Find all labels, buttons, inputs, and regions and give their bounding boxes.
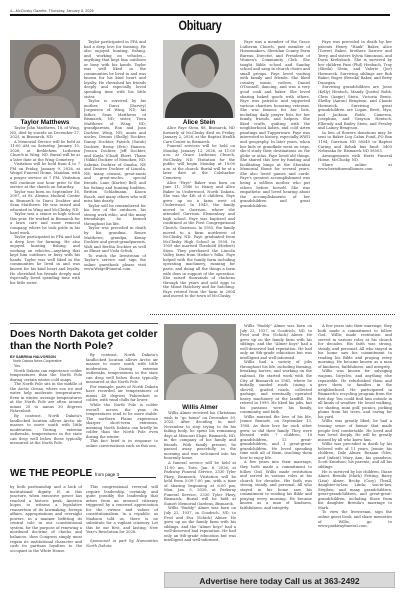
obituary-body: Taylor John Matthews, 18, of Wing, ND, d…	[10, 126, 80, 302]
portrait-photo-icon	[182, 332, 218, 374]
paragraph: Taylor was born on September 16, 2007, a…	[10, 190, 80, 213]
paragraph: In lieu of flowers donations may be sent…	[318, 131, 392, 154]
feature-body: Yes. North Dakota can experience colder …	[10, 364, 82, 460]
paragraph: The North Pole sits in the middle of the…	[10, 382, 82, 414]
paragraph: Taylor is survived by his mother, Darci …	[84, 99, 146, 204]
blouse-shape	[165, 92, 233, 118]
dotted-separator	[150, 314, 395, 316]
paragraph: Taylor John Matthews, 18, of Wing, ND, d…	[10, 126, 80, 140]
paragraph: Willis married the love of his life, Jen…	[240, 415, 312, 460]
paragraph: Willis was greatly liked; he had a teasi…	[318, 419, 392, 442]
paragraph: Funeral services will be held on Monday,…	[163, 144, 235, 180]
paragraph: By contrast, North Dakota's landlocked l…	[10, 414, 82, 446]
paragraph: Alice Faye Stein, 88, Bismarck, ND forme…	[163, 126, 235, 144]
obituary-body-cont: Faye was a member of the Grace Lutheran …	[240, 40, 310, 310]
paragraph: Willis was known for salvaging wagons, b…	[318, 369, 392, 419]
paragraph: by both partisanship and a lack of insti…	[10, 485, 82, 553]
feature-headline: Does North Dakota get colder than the No…	[10, 329, 160, 352]
sponsor-line: Sponsored in part by Humanities North Da…	[86, 539, 158, 548]
feature-body-cont: By contrast, North Dakota's landlocked l…	[86, 353, 158, 460]
paragraph: Taylor was preceded in death by his gran…	[84, 226, 146, 253]
paragraph: He is survived by his children, Diane Al…	[318, 470, 392, 511]
section-rule	[10, 323, 158, 324]
paragraph: Taylor participated in FFA and had a dee…	[84, 40, 146, 99]
obituary-body-cont: A few years into their marriage, they bo…	[318, 324, 392, 561]
paragraph: This fact brief is in response to online…	[86, 439, 158, 448]
paragraph: Faye was a member of the Grace Lutheran …	[240, 40, 310, 208]
shirt-shape	[14, 96, 76, 118]
jump-rule	[118, 477, 156, 478]
section-title: Obituary	[44, 17, 356, 33]
obituary-body: Willis Almer received his Christmas wish…	[164, 411, 236, 561]
obituary-body-cont: Taylor participated in FFA and had a dee…	[84, 40, 146, 304]
paragraph: For example, parts of North Dakota have …	[86, 385, 158, 403]
taylor-matthews-photo	[10, 40, 80, 118]
paragraph: Willis Almer received his Christmas wish…	[164, 411, 236, 461]
paragraph: Willis "Buddy" Almer was born on July 22…	[164, 506, 236, 542]
paragraph: A Memorial Service will be held at 11:00…	[10, 140, 80, 163]
paragraph: Visitation will be held from 4 to 7 PM o…	[10, 162, 80, 189]
paragraph: Taylor was a senior in high school this …	[10, 212, 80, 235]
paragraph: To view the livestream, sign the online …	[318, 510, 392, 528]
paragraph: A funeral service will be held at 11:00 …	[164, 461, 236, 506]
paragraph: Willis had a variety of jobs throughout …	[240, 360, 312, 415]
continuation-body: by both partisanship and a lack of insti…	[10, 485, 82, 585]
paragraph: Taylor will be remembered for his love o…	[84, 204, 146, 227]
byline-org: North Dakota News Cooperative	[13, 359, 62, 363]
paragraph: North Dakota can experience colder tempe…	[10, 369, 82, 383]
alice-stein-photo	[163, 40, 235, 118]
paragraph: Willis was preceded in death by his belo…	[318, 442, 392, 469]
obituary-body-cont: Willis "Buddy" Almer was born on July 22…	[240, 324, 312, 561]
paragraph: Share online at www.hertzfuneralhomes.co…	[318, 163, 392, 172]
paragraph: While the North Pole is colder overall a…	[86, 403, 158, 439]
continuation-body-cont: This congressional reversal will require…	[86, 485, 158, 585]
continuation-heading: WE THE PEOPLE	[10, 468, 92, 479]
paragraph: Alice "Faye" Baker was born on June 11, …	[163, 181, 235, 299]
shirt-shape	[166, 374, 234, 400]
paragraph: To watch the livestream of Taylor's serv…	[84, 254, 146, 272]
obituary-body: Alice Faye Stein, 88, Bismarck, ND forme…	[163, 126, 235, 310]
face-shape	[29, 54, 61, 90]
paragraph: Surviving grandchildren are Jesse (Kelly…	[318, 85, 392, 130]
page-folio: 4—McClusky Gazette, Thursday, January 8,…	[10, 9, 94, 13]
paragraph: Arrangements with Hertz Funeral Home, Mc…	[318, 154, 392, 163]
paragraph: Faye was preceded in death by her parent…	[318, 40, 392, 85]
advertise-banner[interactable]: Advertise here today Call us at 363-2492	[164, 572, 395, 588]
obituary-name: Taylor Matthews	[10, 119, 80, 126]
continuation-title: WE THE PEOPLE from page 3	[10, 468, 119, 479]
paragraph: A few years into their marriage, they bo…	[318, 324, 392, 369]
obituary-name: Willis Almer	[164, 404, 236, 411]
obituary-body-cont: Faye was preceded in death by her parent…	[318, 40, 392, 310]
paragraph: By contrast, North Dakota's landlocked l…	[86, 353, 158, 385]
paragraph: Taylor participated in FFA and had a dee…	[10, 235, 80, 285]
obituary-name: Alice Stein	[163, 119, 235, 126]
face-shape	[185, 54, 215, 88]
paragraph: This congressional reversal will require…	[86, 485, 158, 535]
jump-line: from page 3	[95, 472, 119, 477]
header-rule	[10, 14, 390, 16]
paragraph: A few years into their marriage, they bo…	[240, 460, 312, 510]
paragraph: Willis "Buddy" Almer was born on July 22…	[240, 324, 312, 360]
willis-almer-photo	[164, 324, 236, 400]
